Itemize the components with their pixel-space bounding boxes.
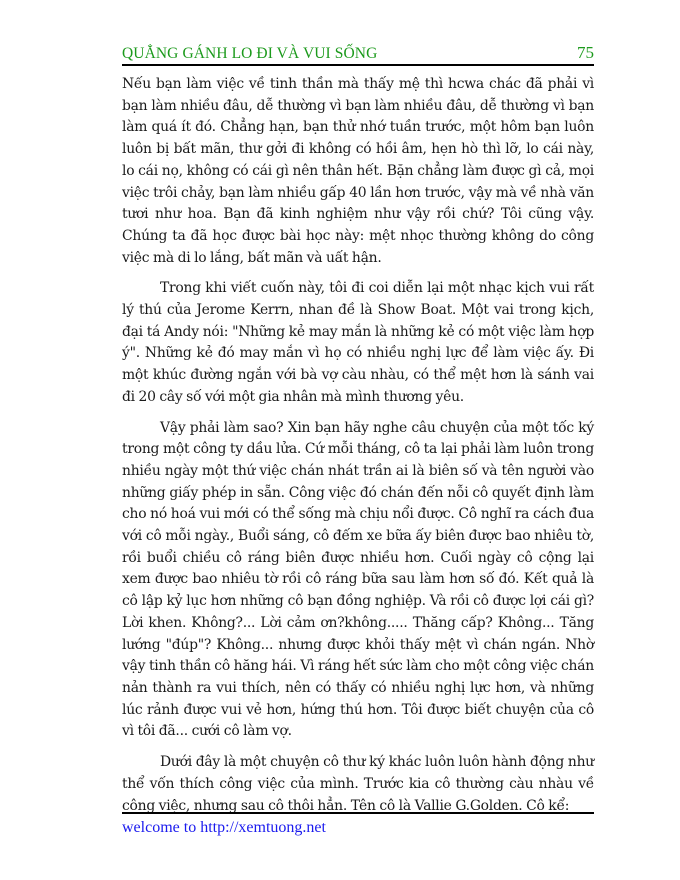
header-book-title: QUẲNG GÁNH LO ĐI VÀ VUI SỐNG (122, 45, 377, 63)
running-header: QUẲNG GÁNH LO ĐI VÀ VUI SỐNG 75 (122, 42, 594, 66)
footer-website-link[interactable]: welcome to http://xemtuong.net (122, 819, 594, 837)
paragraph-3: Vậy phải làm sao? Xin bạn hãy nghe câu c… (122, 418, 594, 744)
paragraph-2: Trong khi viết cuốn này, tôi đi coi diễn… (122, 278, 594, 408)
paragraph-1: Nếu bạn làm việc về tinh thần mà thấy mệ… (122, 74, 594, 269)
paragraph-4: Dưới đây là một chuyện cô thư ký khác lu… (122, 752, 594, 817)
page-footer: welcome to http://xemtuong.net (122, 812, 594, 837)
document-page: QUẲNG GÁNH LO ĐI VÀ VUI SỐNG 75 Nếu bạn … (122, 0, 594, 880)
page-body: Nếu bạn làm việc về tinh thần mà thấy mệ… (122, 74, 594, 826)
page-number: 75 (577, 43, 594, 63)
